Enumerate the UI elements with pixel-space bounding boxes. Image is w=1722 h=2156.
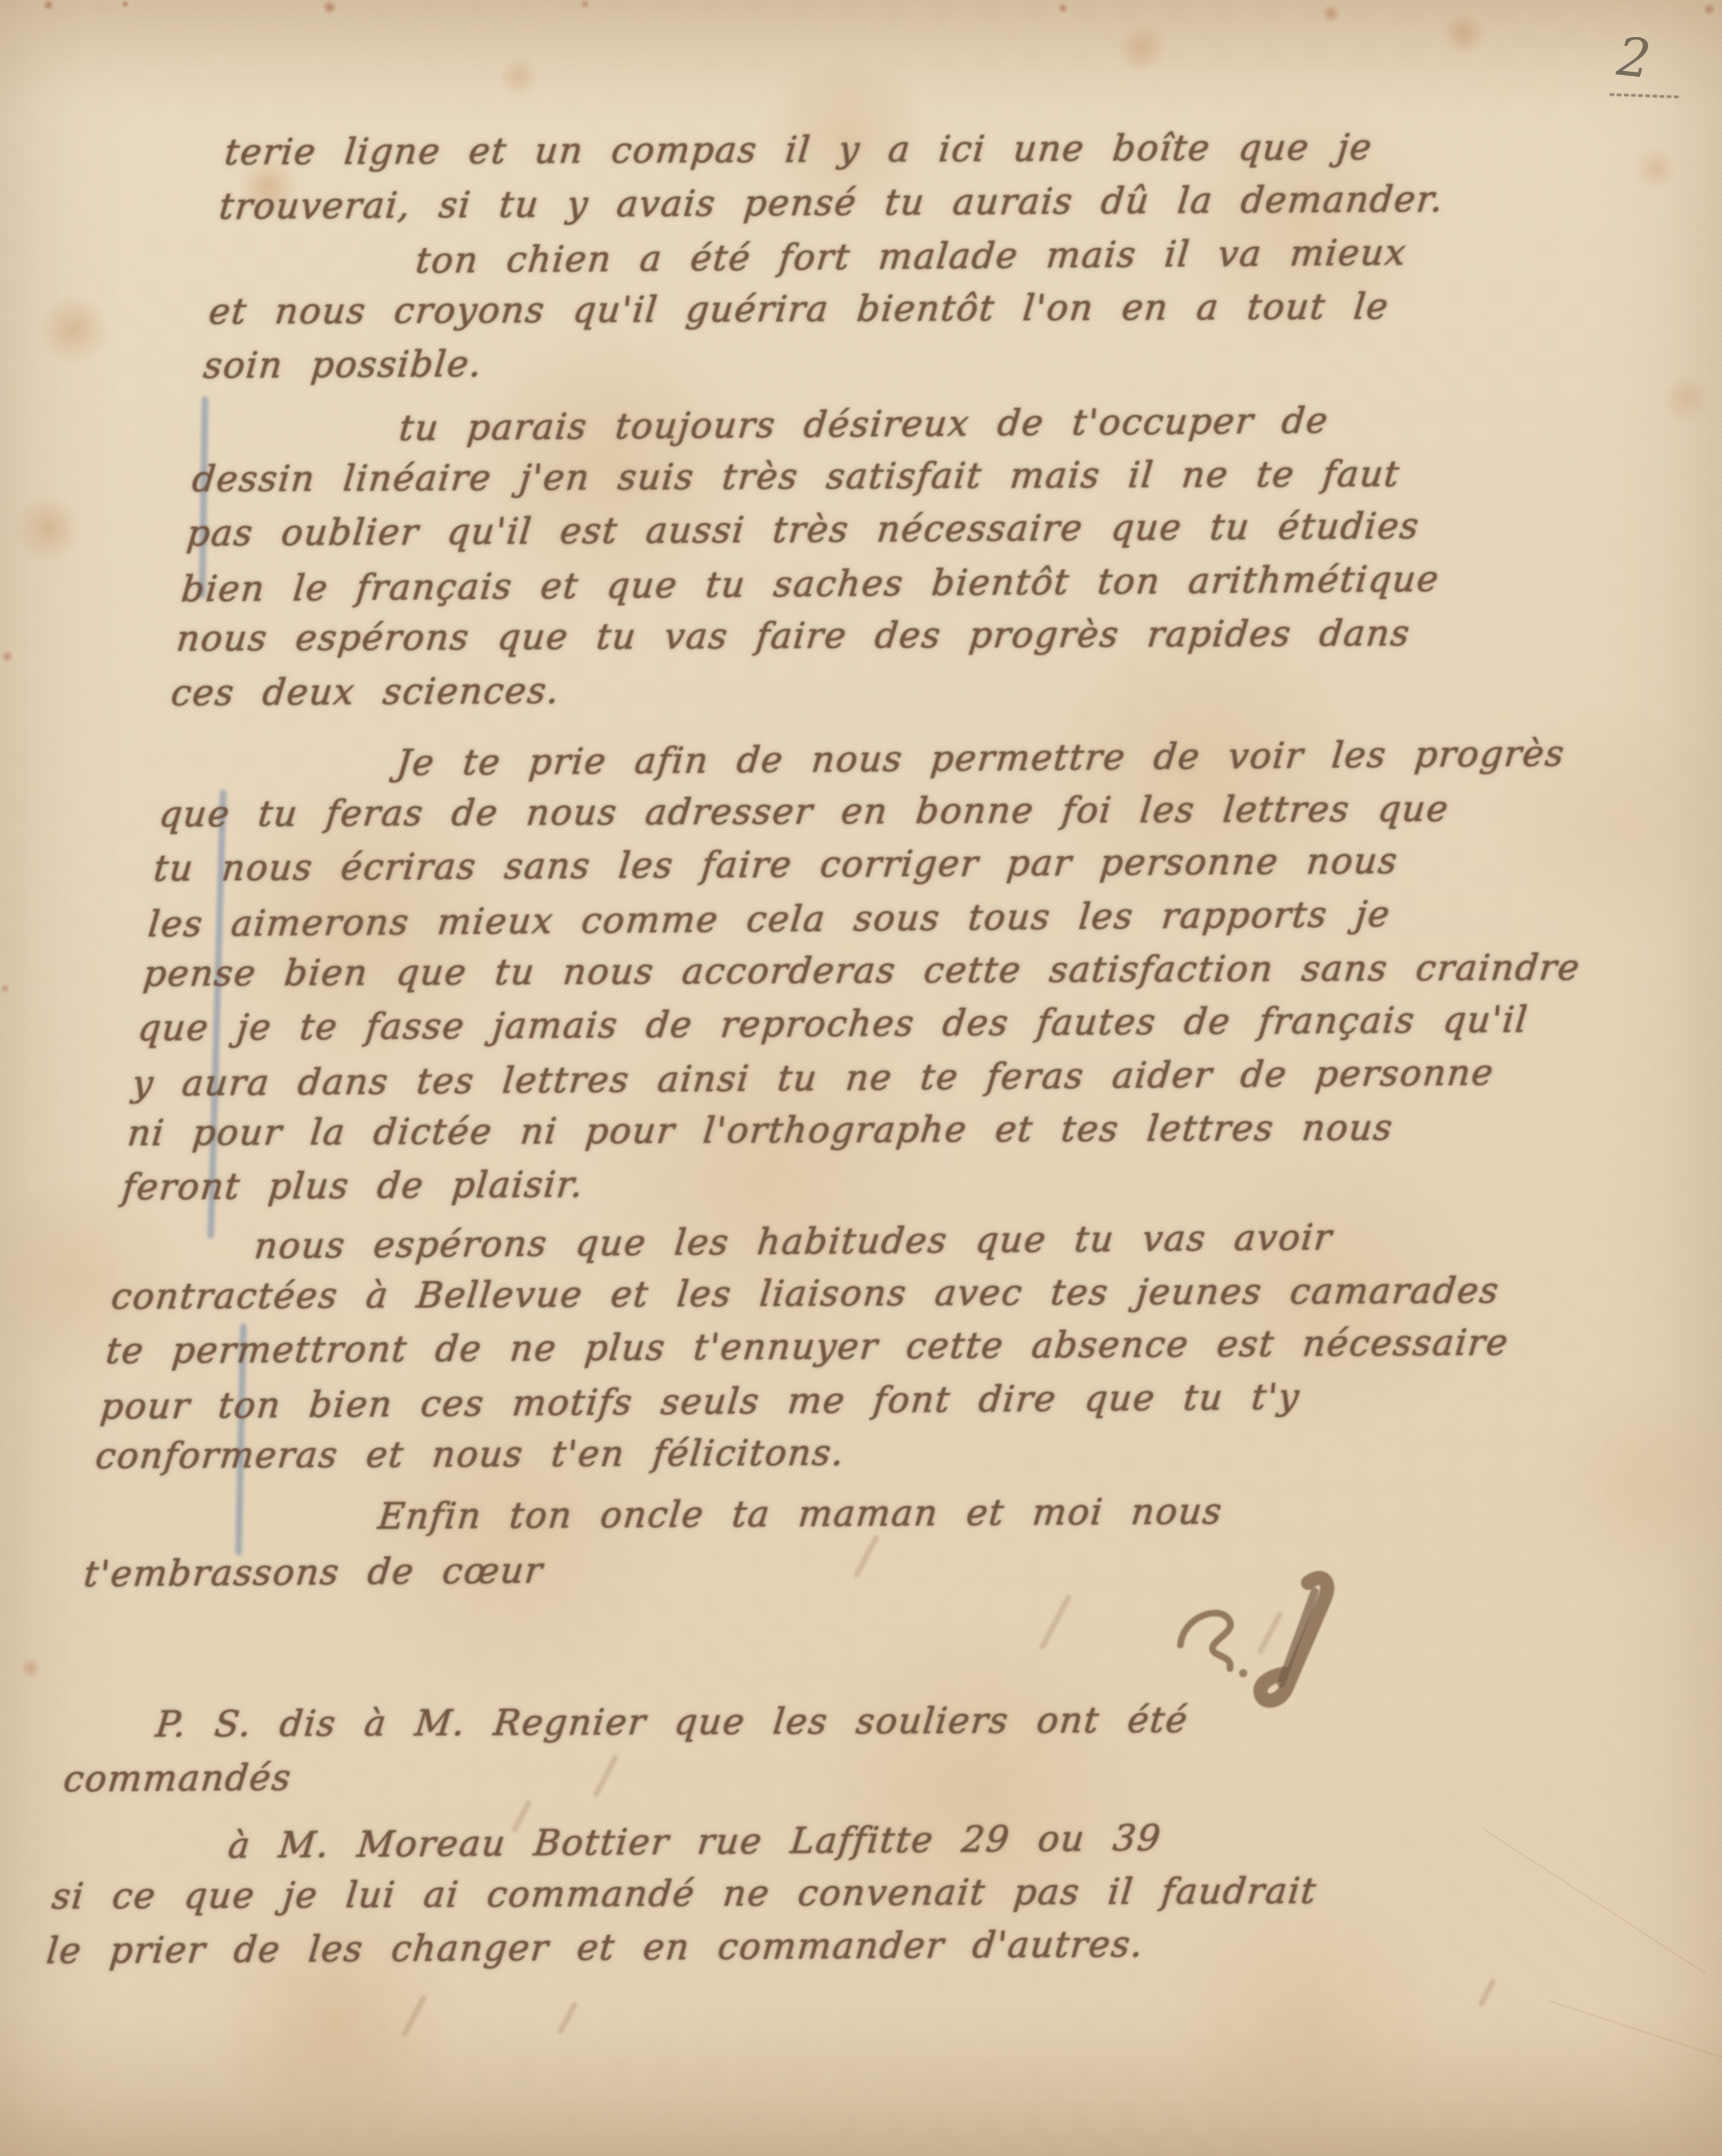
page-number-underline — [1610, 93, 1681, 99]
postscript-line: si ce que je lui ai commandé ne convenai… — [50, 1864, 1456, 1923]
letter-line: pour ton bien ces motifs seuls me font d… — [98, 1368, 1504, 1433]
signature-dot — [1239, 1669, 1247, 1677]
postscript-line: à M. Moreau Bottier rue Laffitte 29 ou 3… — [55, 1809, 1461, 1873]
letter-line: nous espérons que les habitudes que tu v… — [114, 1209, 1520, 1273]
letter-line: trouverai, si tu y avais pensé tu aurais… — [217, 171, 1623, 233]
letter-line: terie ligne et un compas il y a ici une … — [222, 120, 1628, 179]
letter-line: feront plus de plaisir. — [120, 1152, 1526, 1214]
letter-line: ton chien a été fort malade mais il va m… — [212, 224, 1618, 288]
letter-line: que je te fasse jamais de reproches des … — [135, 993, 1542, 1054]
letter-line: tu parais toujours désireux de t'occuper… — [195, 391, 1601, 456]
ink-bleed-mark — [556, 2001, 578, 2035]
letter-line: y aura dans tes lettres ainsi tu ne te f… — [130, 1045, 1537, 1110]
letter-line: tu nous écriras sans les faire corriger … — [151, 833, 1557, 895]
page-number: 2 — [1614, 27, 1654, 90]
letter-line: soin possible. — [201, 331, 1608, 392]
letter-line: ni pour la dictée ni pour l'orthographe … — [125, 1100, 1531, 1160]
letter-line: que tu feras de nous adresser en bonne f… — [157, 782, 1563, 841]
letter-line: ces deux sciences. — [169, 658, 1575, 719]
ink-bleed-mark — [401, 1994, 428, 2038]
signature-stroke — [1180, 1613, 1230, 1669]
letter-line: pas oublier qu'il est aussi très nécessa… — [184, 498, 1591, 560]
letter-line: contractées à Bellevue et les liaisons a… — [109, 1264, 1515, 1323]
letter-line: pense bien que tu nous accorderas cette … — [141, 941, 1547, 1000]
letter-body: terie ligne et un compas il y a ici une … — [44, 118, 1628, 1977]
postscript-line: le prier de les changer et en commander … — [44, 1915, 1450, 1977]
letter-line: bien le français et que tu saches bientô… — [179, 551, 1585, 615]
paper-crease — [1548, 2000, 1722, 2068]
letter-line: nous espérons que tu vas faire des progr… — [174, 606, 1580, 665]
scanned-letter-page: 2 terie ligne et un compas il y a ici un… — [0, 0, 1722, 2156]
letter-line: et nous croyons qu'il guérira bientôt l'… — [206, 279, 1613, 338]
paper-crease — [1482, 1829, 1706, 1974]
letter-line: te permettront de ne plus t'ennuyer cett… — [104, 1316, 1510, 1377]
ink-bleed-mark — [1478, 1978, 1497, 2007]
letter-line: dessin linéaire j'en suis très satisfait… — [190, 447, 1596, 506]
letter-line: conformeras et nous t'en félicitons. — [93, 1423, 1499, 1483]
letter-line: les aimerons mieux comme cela sous tous … — [146, 886, 1552, 950]
letter-closing-line: Enfin ton oncle ta maman et moi nous — [87, 1483, 1493, 1545]
postscript-line: commandés — [61, 1744, 1468, 1806]
letter-line: Je te prie afin de nous permettre de voi… — [161, 727, 1568, 791]
